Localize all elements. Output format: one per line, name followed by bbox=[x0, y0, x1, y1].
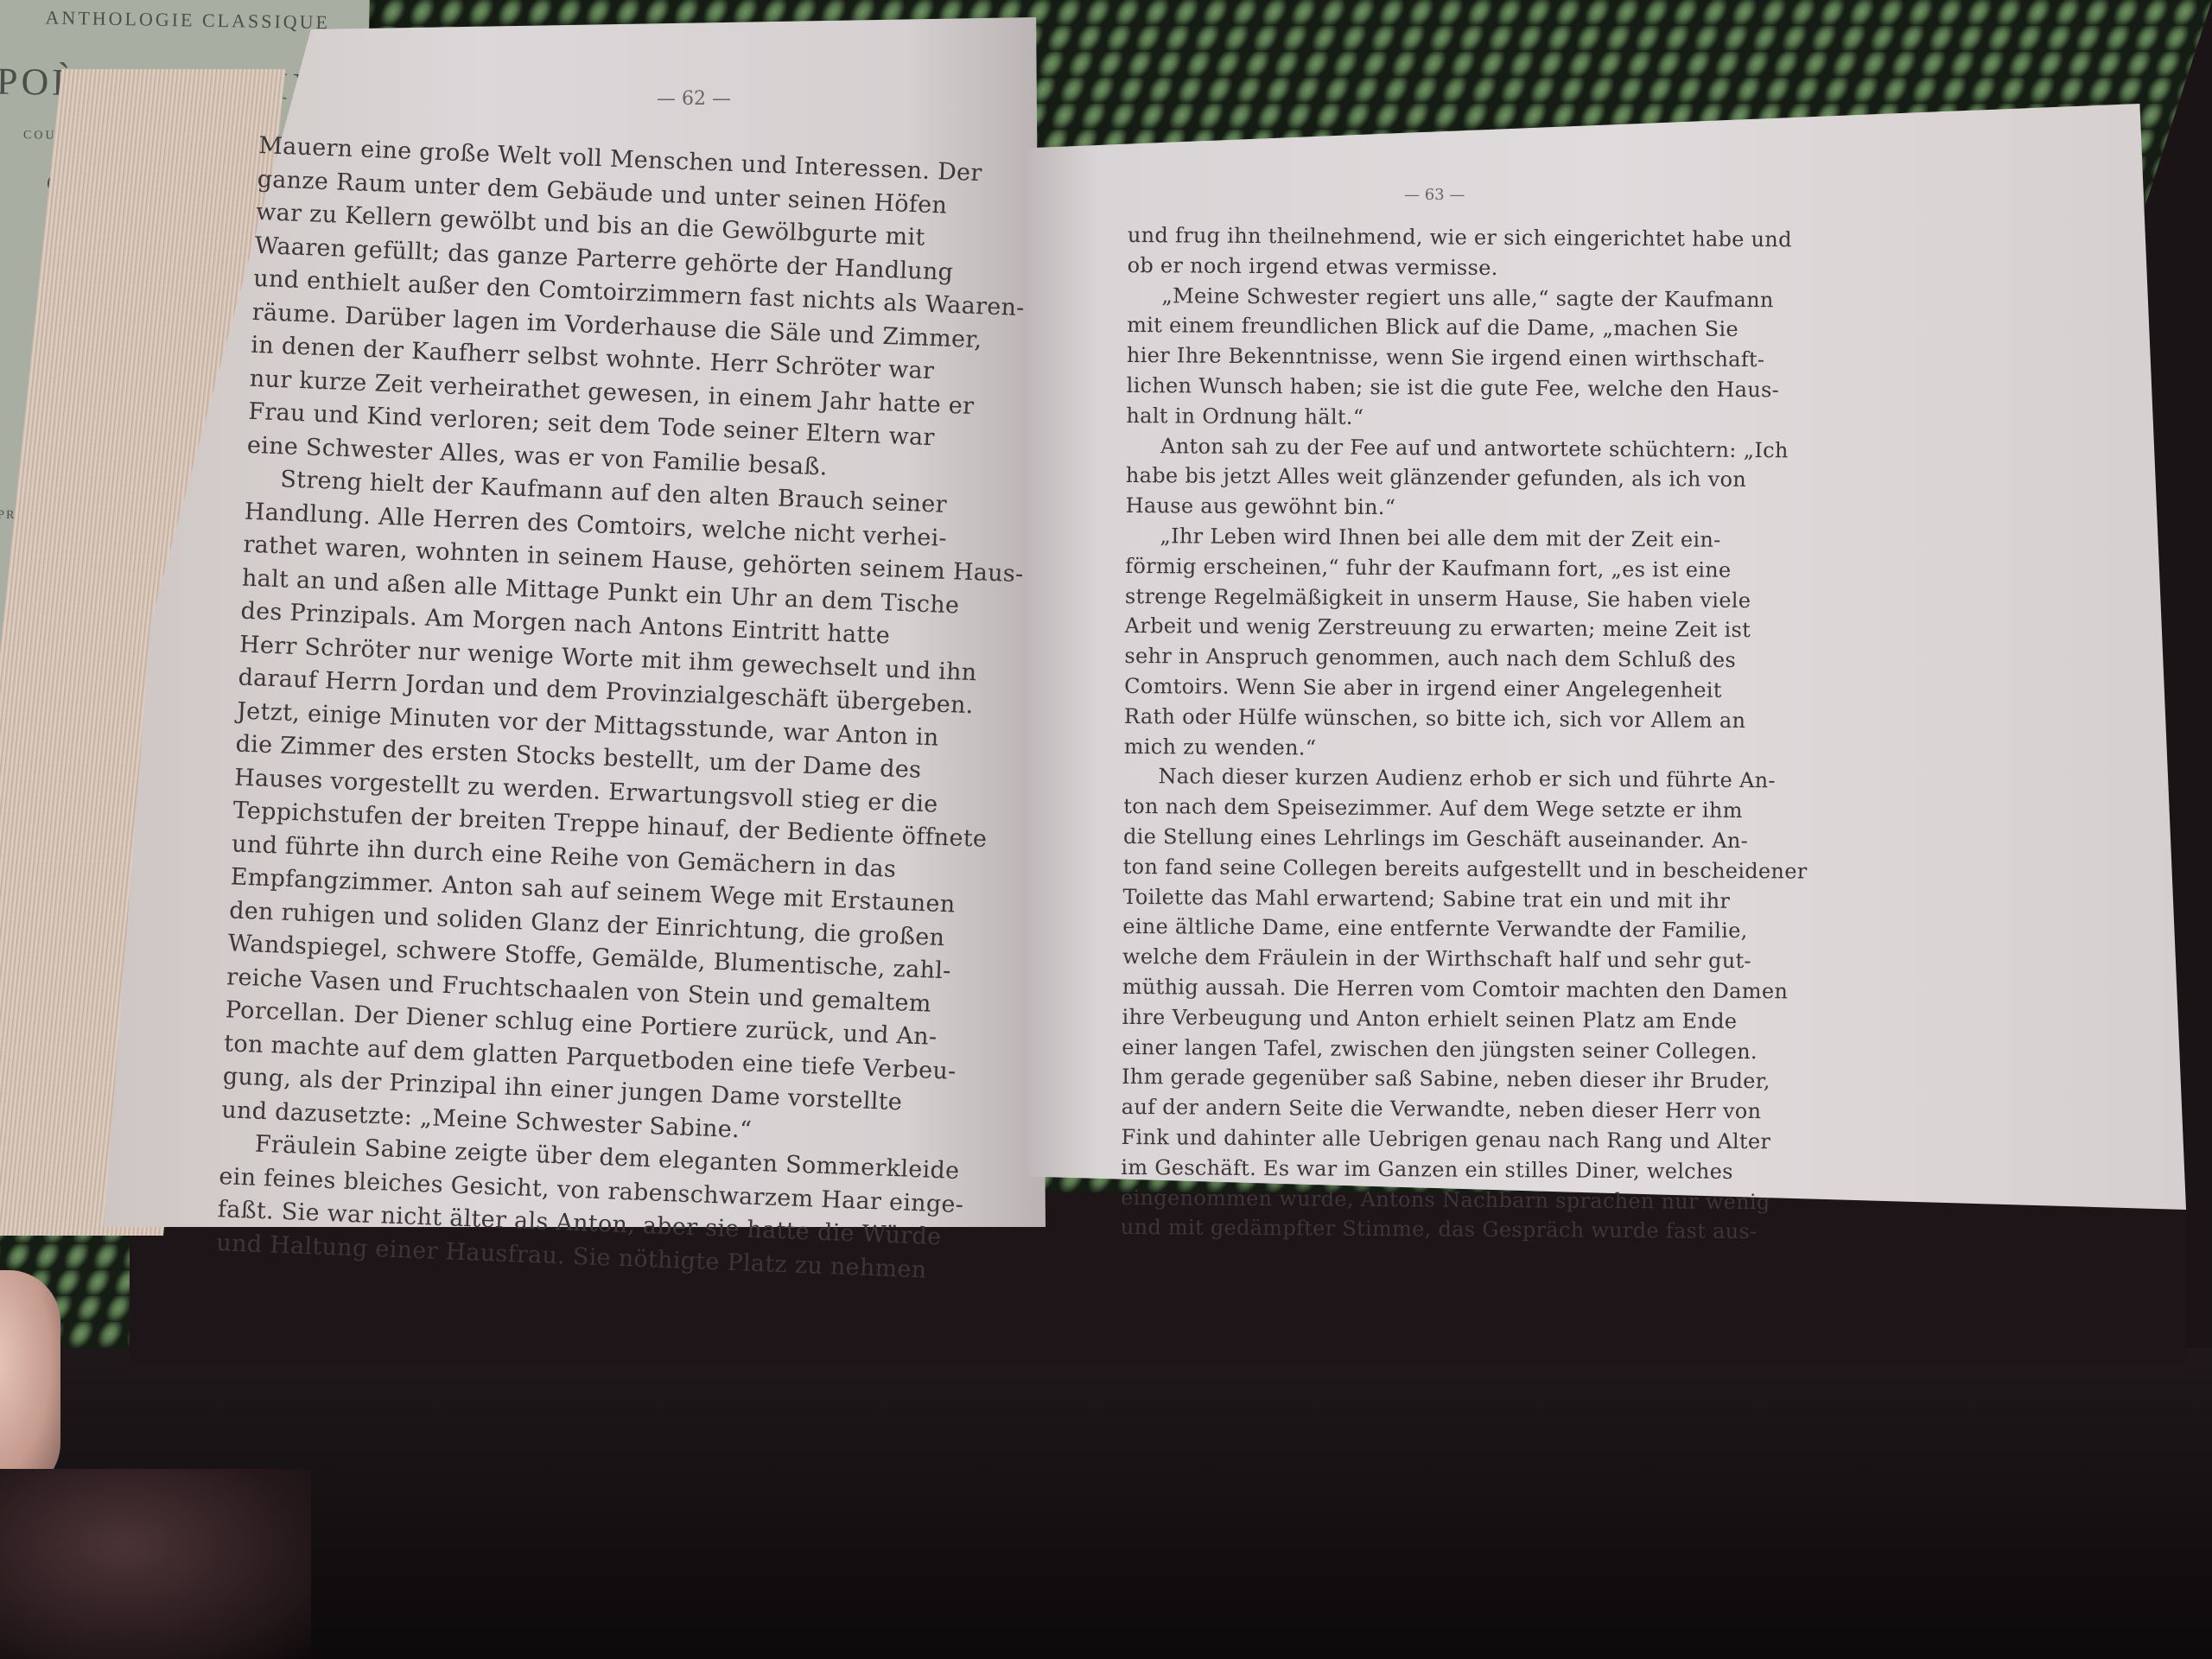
text-line: lichen Wunsch haben; sie ist die gute Fe… bbox=[1127, 371, 1904, 406]
hand-shadow bbox=[0, 1469, 311, 1659]
text-line: die Stellung eines Lehrlings im Geschäft… bbox=[1123, 822, 1901, 857]
text-line: ihre Verbeugung und Anton erhielt seinen… bbox=[1122, 1002, 1899, 1038]
text-line: halt in Ordnung hält.“ bbox=[1126, 401, 1904, 436]
thumb bbox=[0, 1270, 60, 1495]
dark-table-surface bbox=[0, 1348, 2212, 1659]
text-line: „Ihr Leben wird Ihnen bei alle dem mit d… bbox=[1125, 521, 1903, 556]
text-line: müthig aussah. Die Herren vom Comtoir ma… bbox=[1122, 972, 1900, 1007]
book-series: ANTHOLOGIE CLASSIQUE bbox=[32, 6, 343, 34]
text-line: förmig erscheinen,“ fuhr der Kaufmann fo… bbox=[1125, 551, 1903, 587]
left-page-text: Mauern eine große Welt voll Menschen und… bbox=[216, 130, 968, 1287]
text-line: und frug ihn theilnehmend, wie er sich e… bbox=[1128, 220, 1905, 256]
text-line: und mit gedämpfter Stimme, das Gespräch … bbox=[1121, 1212, 1898, 1248]
left-page-number: — 62 — bbox=[657, 88, 731, 110]
right-page-number: — 63 — bbox=[1404, 186, 1465, 204]
text-line: Comtoirs. Wenn Sie aber in irgend einer … bbox=[1124, 671, 1902, 707]
text-line: Rath oder Hülfe wünschen, so bitte ich, … bbox=[1124, 702, 1902, 737]
text-line: ton fand seine Collegen bereits aufgeste… bbox=[1123, 852, 1901, 887]
right-page-text: und frug ihn theilnehmend, wie er sich e… bbox=[1121, 220, 1905, 1248]
text-line: im Geschäft. Es war im Ganzen ein stille… bbox=[1121, 1153, 1898, 1188]
text-line: ob er noch irgend etwas vermisse. bbox=[1128, 251, 1905, 286]
text-line: Fink und dahinter alle Uebrigen genau na… bbox=[1121, 1122, 1898, 1158]
